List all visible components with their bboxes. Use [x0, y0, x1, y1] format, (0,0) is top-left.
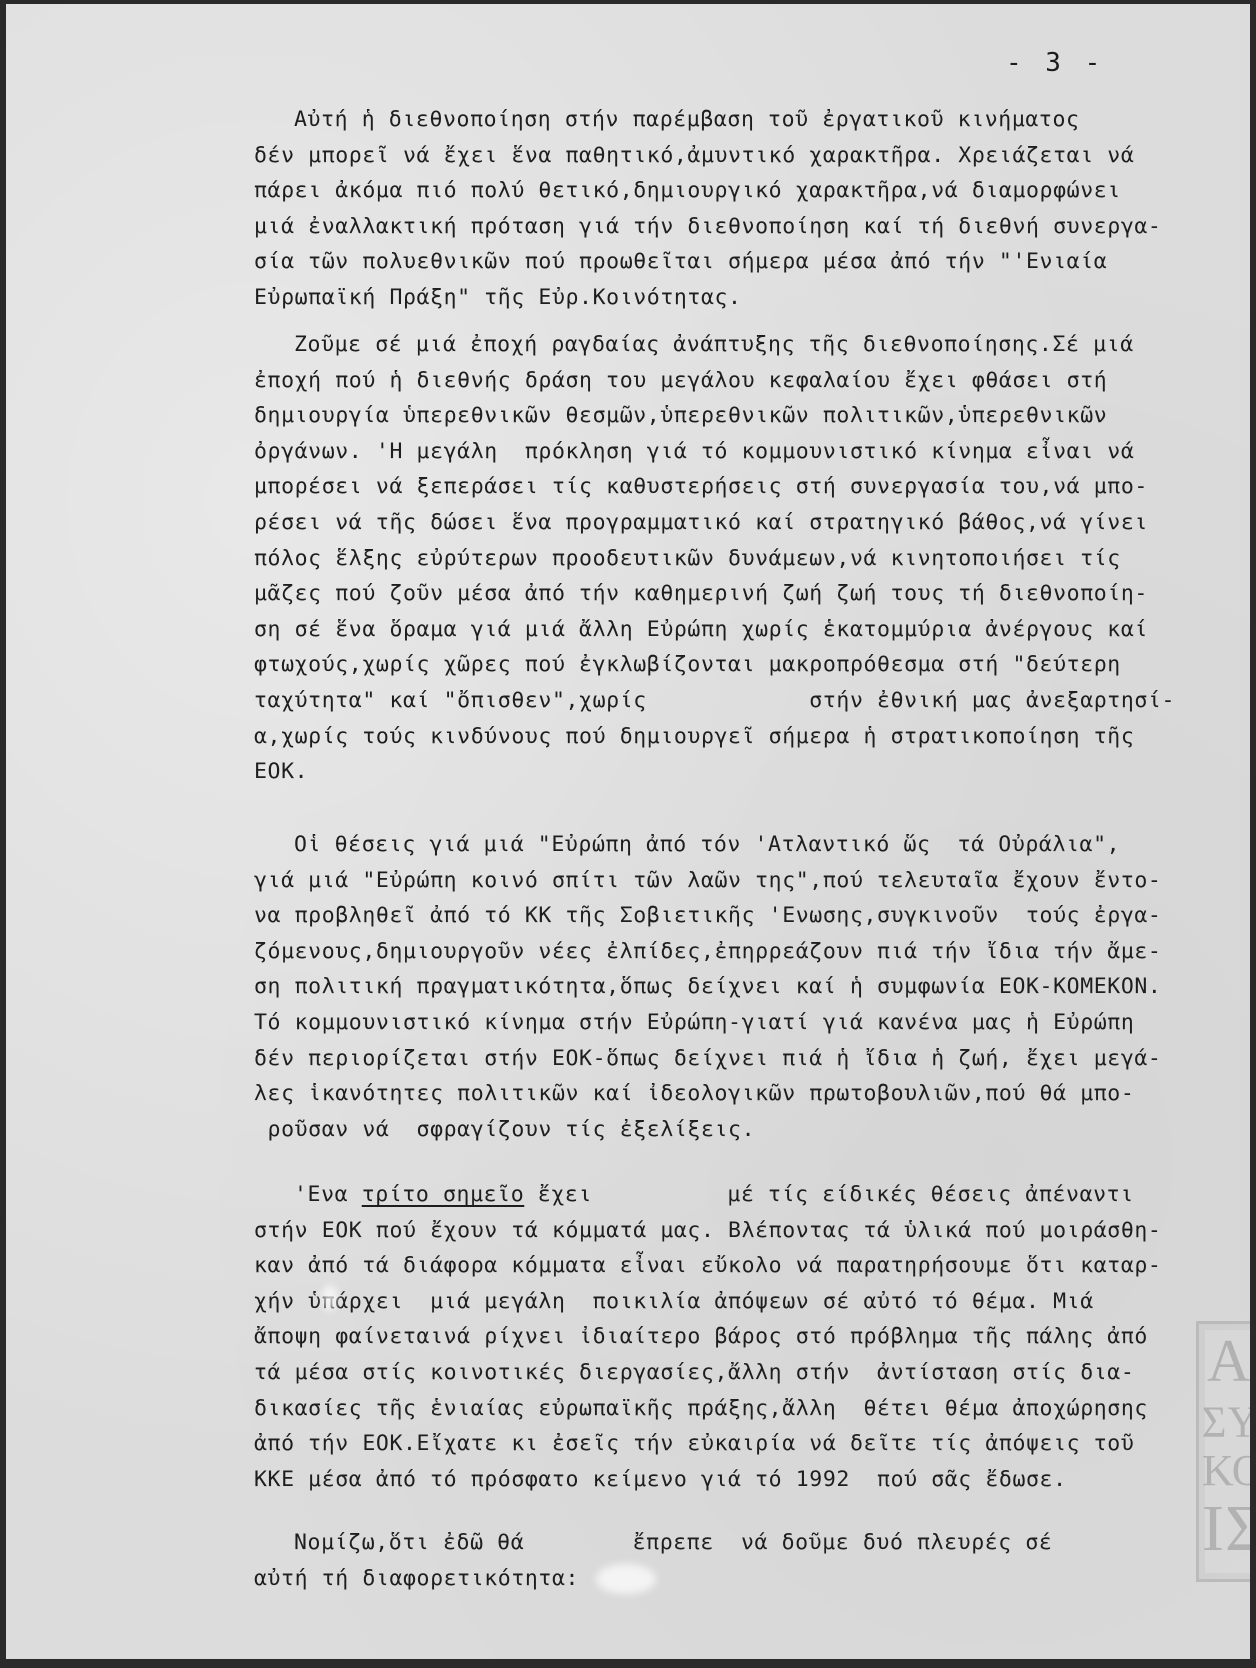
paragraph-line: στήν ΕΟΚ πού ἔχουν τά κόμματά μας. Βλέπο…: [254, 1220, 1161, 1242]
paragraph-line: ση πολιτική πραγματικότητα,ὅπως δείχνει …: [254, 976, 1161, 998]
paragraph-line: ἀπό τήν ΕΟΚ.Εἴχατε κι ἐσεῖς τήν εὐκαιρία…: [254, 1433, 1134, 1455]
paragraph-line: ἐποχή πού ἡ διεθνής δράση του μεγάλου κε…: [254, 370, 1107, 392]
paragraph-line: μᾶζες πού ζοῦν μέσα ἀπό τήν καθημερινή ζ…: [254, 583, 1148, 605]
paragraph-line: ΚΚΕ μέσα ἀπό τό πρόσφατο κείμενο γιά τό …: [254, 1469, 1067, 1491]
archive-stamp-line: ΚΟΙΝΩΝΙΚΗΣ: [1202, 1445, 1250, 1496]
paragraph-line: λες ἱκανότητες πολιτικῶν καί ἰδεολογικῶν…: [254, 1083, 1134, 1105]
paragraph-line: μπορέσει νά ξεπεράσει τίς καθυστερήσεις …: [254, 476, 1148, 498]
archive-stamp-line: ΙΣΤΟΡΙΑΣ: [1202, 1491, 1250, 1567]
underlined-phrase: τρίτο σημεῖο: [362, 1182, 525, 1207]
paragraph-first-line: 'Ενα τρίτο σημεῖο ἔχει μέ τίς είδικές θέ…: [294, 1184, 1134, 1206]
paragraph-line: ρέσει νά τῆς δώσει ἕνα προγραμματικό καί…: [254, 512, 1148, 534]
paragraph-line: ἄποψη φαίνεταινά ρίχνει ἰδιαίτερο βάρος …: [254, 1326, 1148, 1348]
paragraph-line: ροῦσαν νά σφραγίζουν τίς ἐξελίξεις.: [254, 1119, 755, 1141]
paragraph-line: καν ἀπό τά διάφορα κόμματα εἶναι εὔκολο …: [254, 1255, 1161, 1277]
archive-stamp-line: ΑΡΧΕΙΑ: [1202, 1327, 1250, 1396]
paragraph-line: δημιουργία ὑπερεθνικῶν θεσμῶν,ὑπερεθνικῶ…: [254, 405, 1107, 427]
paragraph-line: φτωχούς,χωρίς χῶρες πού ἐγκλωβίζονται μα…: [254, 654, 1121, 676]
paragraph-line: δέν περιορίζεται στήν ΕΟΚ-ὅπως δείχνει π…: [254, 1048, 1161, 1070]
paragraph-line: δικασίες τῆς ἑνιαίας εὐρωπαϊκῆς πράξης,ἄ…: [254, 1398, 1148, 1420]
paragraph-line: ζόμενους,δημιουργοῦν νέες ἐλπίδες,ἐπηρρε…: [254, 941, 1161, 963]
scanned-page: - 3 - Αὐτή ἡ διεθνοποίηση στήν παρέμβαση…: [6, 4, 1250, 1659]
paragraph-line: ὀργάνων. 'Η μεγάλη πρόκληση γιά τό κομμο…: [254, 441, 1134, 463]
paragraph-line: ΕΟΚ.: [254, 761, 308, 783]
paragraph-line: ταχύτητα" καί "ὄπισθεν",χωρίς στήν ἐθνικ…: [254, 690, 1175, 712]
paragraph-line: σία τῶν πολυεθνικῶν πού προωθεῖται σήμερ…: [254, 251, 1107, 273]
page-number: - 3 -: [1006, 48, 1104, 78]
paragraph-line: γιά μιά "Εὐρώπη κοινό σπίτι τῶν λαῶν της…: [254, 870, 1161, 892]
paragraph-line: πάρει ἀκόμα πιό πολύ θετικό,δημιουργικό …: [254, 180, 1121, 202]
scan-smudge: [596, 1564, 656, 1594]
paragraph-line: αὐτή τή διαφορετικότητα:: [254, 1568, 579, 1590]
paragraph-first-line: Ζοῦμε σέ μιά ἐποχή ραγδαίας ἀνάπτυξης τῆ…: [294, 334, 1134, 356]
paragraph-line: Εὐρωπαϊκή Πράξη" τῆς Εὐρ.Κοινότητας.: [254, 287, 742, 309]
paragraph-line: ση σέ ἕνα ὅραμα γιά μιά ἄλλη Εὐρώπη χωρί…: [254, 619, 1148, 641]
paragraph-first-line: Αὐτή ἡ διεθνοποίηση στήν παρέμβαση τοῦ ἐ…: [294, 109, 1080, 131]
paragraph-first-line: Οἱ θέσεις γιά μιά "Εὐρώπη ἀπό τόν 'Ατλαν…: [294, 834, 1120, 856]
paragraph-line: να προβληθεῖ ἀπό τό ΚΚ τῆς Σοβιετικῆς 'Ε…: [254, 905, 1161, 927]
paragraph-line: πόλος ἕλξης εὐρύτερων προοδευτικῶν δυνάμ…: [254, 548, 1121, 570]
paragraph-line: Τό κομμουνιστικό κίνημα στήν Εὐρώπη-γιατ…: [254, 1012, 1134, 1034]
paragraph-line: δέν μπορεῖ νά ἔχει ἕνα παθητικό,ἀμυντικό…: [254, 145, 1134, 167]
paragraph-line: τά μέσα στίς κοινοτικές διεργασίες,ἄλλη …: [254, 1362, 1134, 1384]
paragraph-line: μιά ἐναλλακτική πρόταση γιά τήν διεθνοπο…: [254, 216, 1161, 238]
paragraph-first-line: Νομίζω,ὅτι ἐδῶ θά ἔπρεπε νά δοῦμε δυό πλ…: [294, 1532, 1052, 1554]
archive-stamp-line: ΣΥΓΧΡΟΝΗΣ: [1202, 1398, 1250, 1448]
paragraph-line: α,χωρίς τούς κινδύνους πού δημιουργεῖ σή…: [254, 726, 1134, 748]
scan-smudge: [322, 1285, 338, 1311]
paragraph-line: χήν ὑπάρχει μιά μεγάλη ποικιλία ἀπόψεων …: [254, 1291, 1094, 1313]
